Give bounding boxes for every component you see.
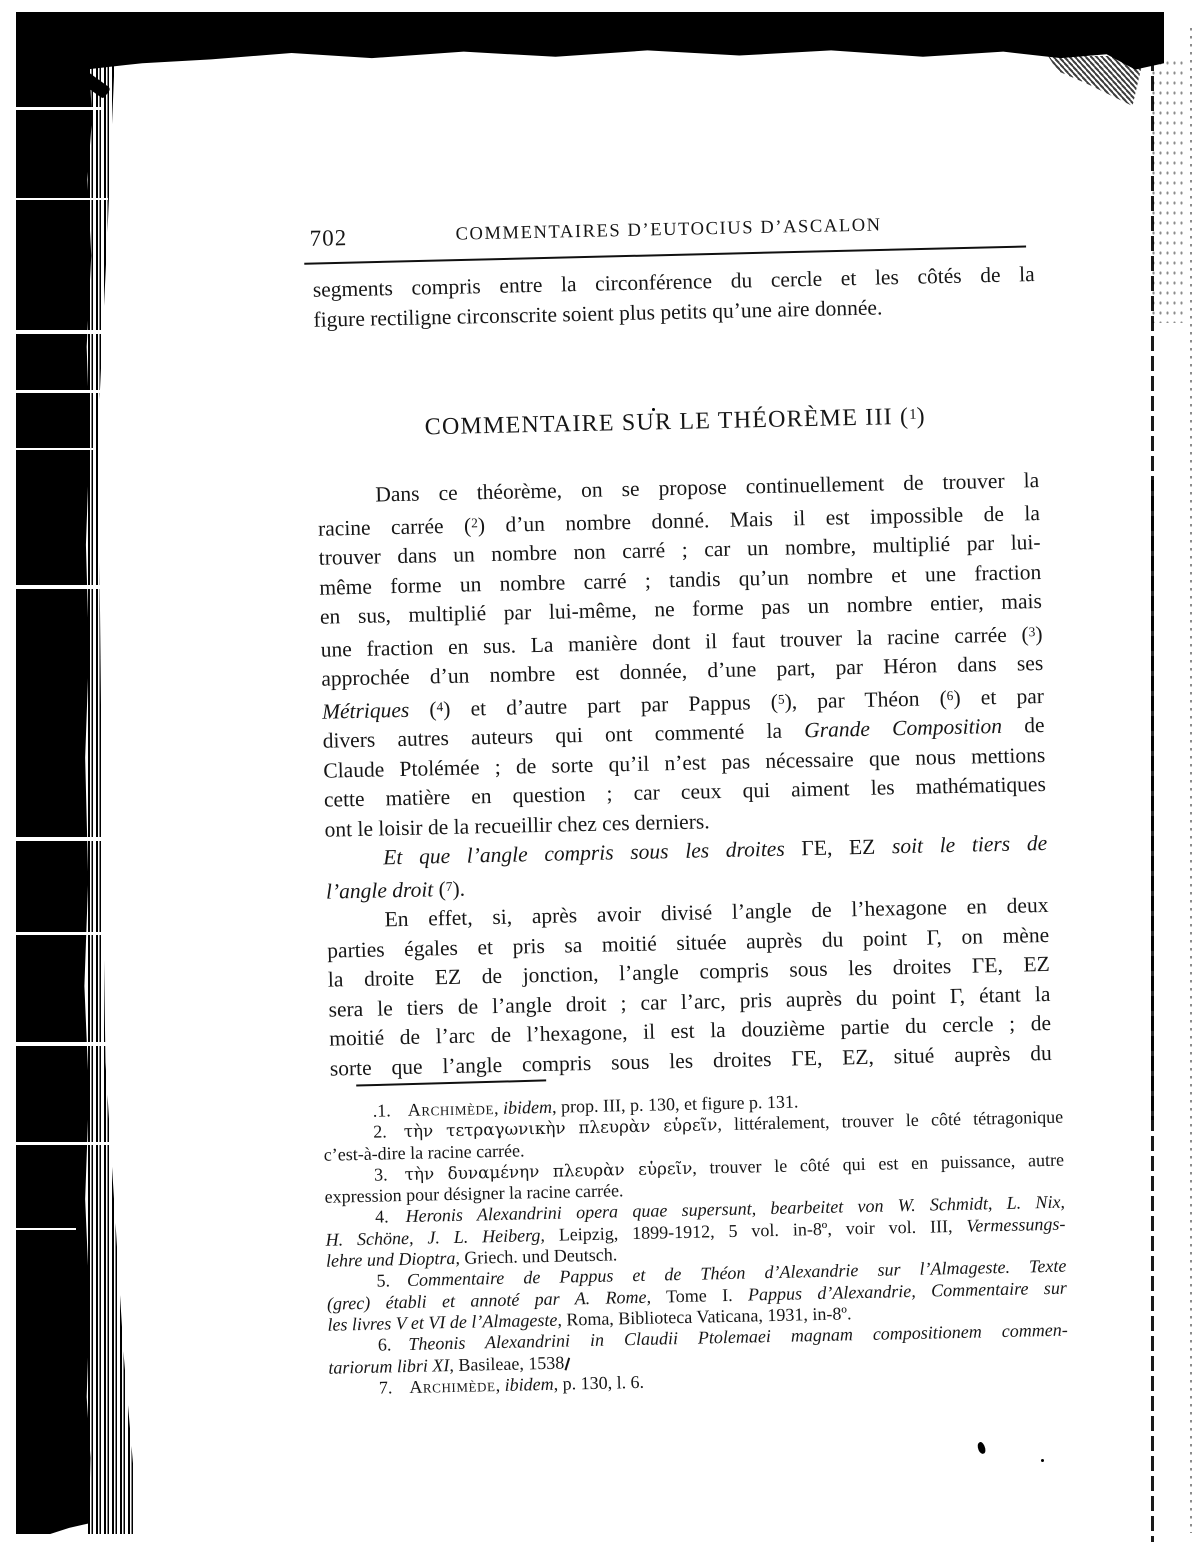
ink-dot [1041,1459,1044,1462]
footnotes: .1.Archimède, ibidem, prop. III, p. 130,… [323,1086,1069,1400]
scan-speckle-column-right [1150,58,1186,323]
paragraph: En effet, si, après avoir divisé l’angle… [326,891,1052,1084]
section-heading: COMMENTAIRE SUR LE THÉORÈME III (1) [308,397,1044,445]
ink-slash-mark [565,1357,571,1370]
scanned-book-page: { "meta": { "ink_color": "#161616", "pap… [0,0,1200,1552]
scan-scratch [16,1142,124,1145]
scan-gutter-page-edge-streaks [88,60,134,1534]
scan-vertical-crease-line-solid [1151,480,1154,1120]
scan-scratch [16,198,108,200]
footnote-ref: (1) [900,403,926,430]
scan-scratch [16,1228,76,1230]
body-text: Dans ce théorème, on se propose continue… [317,466,1052,1084]
scan-scratch [16,585,108,589]
footnote-ref: (7) [438,876,460,900]
text-line: COMMENTAIRE SUR LE THÉORÈME III (1) [308,397,1044,445]
footnote-ref: (6) [939,685,961,709]
scan-scratch [16,1042,134,1046]
running-title: COMMENTAIRES D’EUTOCIUS D’ASCALON [304,212,1034,249]
scan-gutter-black-strip [16,12,92,1534]
scan-smudge-top-right [1048,56,1144,106]
footnote-ref: (4) [429,696,451,720]
scan-scratch [16,390,111,393]
scan-top-black-band [16,12,1164,76]
footnote-ref: (5) [770,689,792,713]
scan-scratch [16,330,115,334]
scan-scratch [16,107,102,110]
scan-scratch [16,448,96,450]
paragraph: Dans ce théorème, on se propose continue… [317,466,1047,845]
page-content: 702 COMMENTAIRES D’EUTOCIUS D’ASCALON se… [303,189,1070,1445]
footnote-ref: (2) [464,513,486,537]
ink-speck [976,1441,987,1455]
scan-scratch [16,932,116,935]
footnote-ref: (3) [1021,621,1043,645]
scan-vertical-dotted-edge [1190,28,1192,1533]
scan-scratch [16,837,128,841]
intro-paragraph: segments compris entre la circonférence … [313,259,1036,335]
